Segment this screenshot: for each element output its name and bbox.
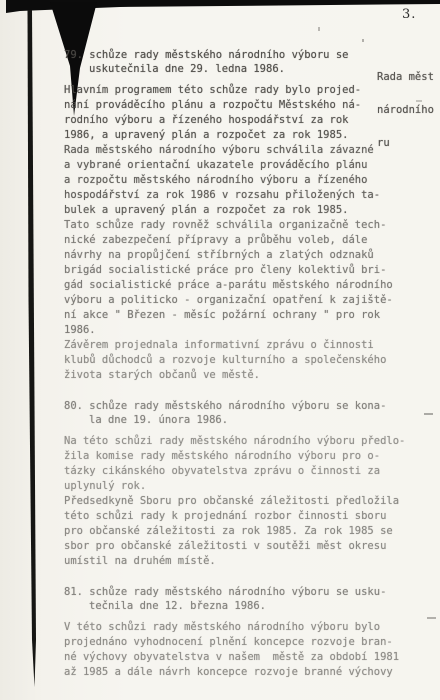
section-heading: 79. schůze rady městského národního výbo… — [64, 48, 420, 76]
text-line: rodního výboru a řízeného hospodářství z… — [64, 113, 420, 128]
stray-mark — [416, 100, 422, 102]
text-line: 81. schůze rady městského národního výbo… — [64, 585, 420, 599]
text-line: gád socialistické práce a-parátu městské… — [64, 278, 420, 293]
scan-edge-top — [6, 0, 440, 13]
stray-mark — [362, 39, 364, 42]
text-line: až 1985 a dále návrh koncepce rozvoje br… — [64, 665, 420, 680]
text-line: 79. schůze rady městského národního výbo… — [64, 48, 420, 62]
text-line: pro občanské záležitosti za rok 1985. Za… — [64, 524, 420, 539]
text-line: né výchovy obyvatelstva v našem městě za… — [64, 650, 420, 665]
text-line: života starých občanů ve městě. — [64, 368, 420, 383]
text-line: V této schůzi rady městského národního v… — [64, 620, 420, 635]
scanned-page: 3. Rada měst národního ru 79. schůze rad… — [0, 0, 440, 700]
paragraph: Předsedkyně Sboru pro občanské záležitos… — [64, 494, 420, 569]
text-line: ní akce " Březen - měsíc požární ochrany… — [64, 308, 420, 323]
paragraph: Tato schůze rady rovněž schválila organi… — [64, 218, 420, 338]
document-text: 79. schůze rady městského národního výbo… — [64, 48, 420, 680]
paragraph: Rada městského národního výboru schválil… — [64, 143, 420, 218]
text-line: Rada městského národního výboru schválil… — [64, 143, 420, 158]
text-line: sbor pro občanské záležitosti v soutěži … — [64, 539, 420, 554]
text-line: umístil na druhém místě. — [64, 554, 420, 569]
text-line: Na této schůzi rady městského národního … — [64, 434, 420, 449]
text-line: bulek a upravený plán a rozpočet za rok … — [64, 203, 420, 218]
gutter-fold-line — [28, 10, 37, 687]
stray-mark — [427, 617, 436, 619]
text-line: nické zabezpečení přípravy a průběhu vol… — [64, 233, 420, 248]
stray-mark — [424, 413, 433, 415]
text-line: výboru a politicko - organizační opatřen… — [64, 293, 420, 308]
text-line: brigád socialistické práce pro členy kol… — [64, 263, 420, 278]
text-line: uplynulý rok. — [64, 479, 420, 494]
text-line: klubů důchodců a rozvoje kulturního a sp… — [64, 353, 420, 368]
text-line: Předsedkyně Sboru pro občanské záležitos… — [64, 494, 420, 509]
text-line: tázky cikánského obyvatelstva zprávu o č… — [64, 464, 420, 479]
page-number: 3. — [402, 7, 416, 22]
text-line: Hlavním programem této schůze rady bylo … — [64, 83, 420, 98]
text-line: la dne 19. února 1986. — [64, 413, 420, 427]
text-line: Tato schůze rady rovněž schválila organi… — [64, 218, 420, 233]
stray-mark — [318, 27, 320, 31]
text-line: tečnila dne 12. března 1986. — [64, 599, 420, 613]
text-line: Závěrem projednala informativní zprávu o… — [64, 338, 420, 353]
text-line: projednáno vyhodnocení plnění koncepce r… — [64, 635, 420, 650]
paragraph: V této schůzi rady městského národního v… — [64, 620, 420, 680]
text-line: a vybrané orientační ukazatele prováděcí… — [64, 158, 420, 173]
text-line: 1986, a upravený plán a rozpočet za rok … — [64, 128, 420, 143]
text-line: žila komise rady městského národního výb… — [64, 449, 420, 464]
text-line: 1986. — [64, 323, 420, 338]
text-line: hospodářství za rok 1986 v rozsahu přilo… — [64, 188, 420, 203]
text-line: a rozpočtu městského národního výboru a … — [64, 173, 420, 188]
text-line: uskutečnila dne 29. ledna 1986. — [64, 62, 420, 76]
paragraph: Na této schůzi rady městského národního … — [64, 434, 420, 494]
text-line: návrhy na propůjčení stříbrných a zlatýc… — [64, 248, 420, 263]
text-line: této schůzi rady k projednání rozbor čin… — [64, 509, 420, 524]
text-line: 80. schůze rady městského národního výbo… — [64, 399, 420, 413]
paragraph: Závěrem projednala informativní zprávu o… — [64, 338, 420, 383]
section-heading: 80. schůze rady městského národního výbo… — [64, 399, 420, 427]
section-heading: 81. schůze rady městského národního výbo… — [64, 585, 420, 613]
paragraph: Hlavním programem této schůze rady bylo … — [64, 83, 420, 143]
text-line: nání prováděcího plánu a rozpočtu Městsk… — [64, 98, 420, 113]
